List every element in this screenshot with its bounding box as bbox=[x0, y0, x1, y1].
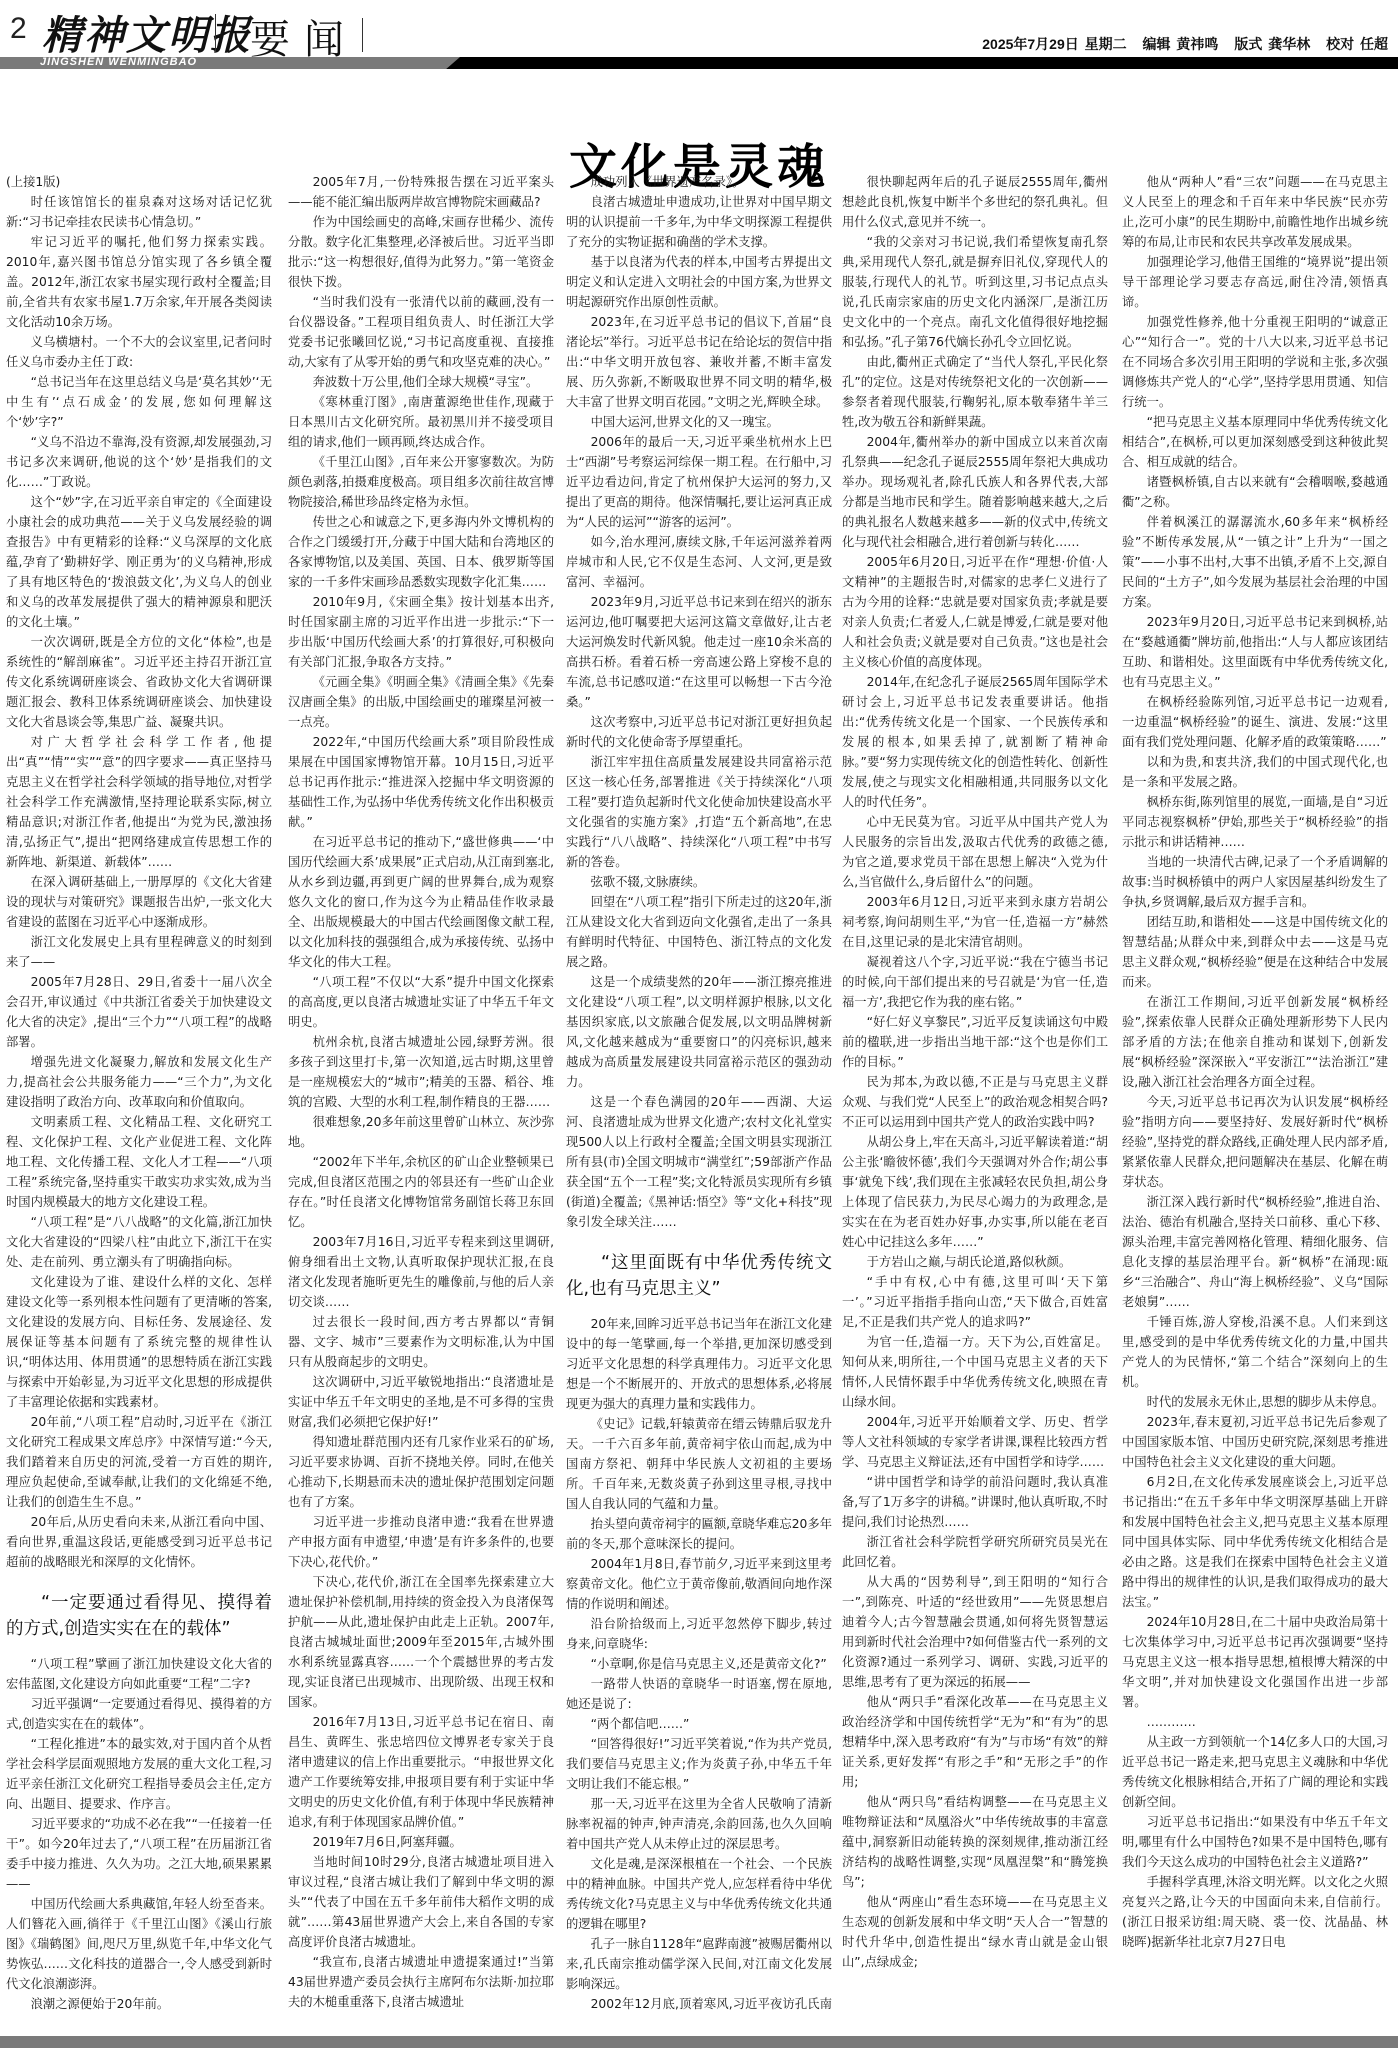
paragraph: “讲中国哲学和诗学的前沿问题时,我认真准备,写了1万多字的讲稿。”讲课时,他认真… bbox=[842, 1472, 1108, 1532]
paragraph: 如今,治水理河,赓续文脉,千年运河滋养着两岸城市和人民,它不仅是生态河、人文河,… bbox=[566, 532, 832, 592]
paragraph: 加强党性修养,他十分重视王阳明的“诚意正心”“知行合一”。党的十八大以来,习近平… bbox=[1122, 312, 1388, 412]
paragraph: 义乌横塘村。一个不大的会议室里,记者问时任义乌市委办主任丁政: bbox=[6, 332, 272, 372]
paragraph: 时代的发展永无休止,思想的脚步从未停息。 bbox=[1122, 1392, 1388, 1412]
paragraph: 奔波数十万公里,他们全球大规模“寻宝”。 bbox=[288, 372, 554, 392]
paragraph: 2004年,习近平开始顺着文学、历史、哲学等人文社科领域的专家学者讲课,课程比较… bbox=[842, 1412, 1108, 1472]
paragraph: 这是一个成绩斐然的20年——浙江擦亮推进文化建设“八项工程”,以文明样源护根脉,… bbox=[566, 972, 832, 1092]
paragraph: 在深入调研基础上,一册厚厚的《文化大省建设的现状与对策研究》课题报告出炉,一张文… bbox=[6, 872, 272, 932]
paragraph: 增强先进文化凝聚力,解放和发展文化生产力,提高社会公共服务能力——“三个力”,为… bbox=[6, 1052, 272, 1112]
paragraph: 20年后,从历史看向未来,从浙江看向中国、看向世界,重温这段话,更能感受到习近平… bbox=[6, 1512, 272, 1572]
paragraph: 2004年1月8日,春节前夕,习近平来到这里考察黄帝文化。他伫立于黄帝像前,敬酒… bbox=[566, 1554, 832, 1614]
paragraph: 手握科学真理,沐浴文明光辉。以文化之火照亮复兴之路,让今天的中国面向未来,自信前… bbox=[1122, 1872, 1388, 1952]
paragraph: 2005年7月28日、29日,省委十一届八次全会召开,审议通过《中共浙江省委关于… bbox=[6, 972, 272, 1052]
paragraph: 于方岩山之巅,与胡氏论道,路似秋颜。 bbox=[842, 1252, 1108, 1272]
issue-meta: 2025年7月29日 星期二 编辑 黄祎鸣 版式 龚华林 校对 任超 bbox=[972, 34, 1388, 54]
paragraph: 在枫桥经验陈列馆,习近平总书记一边观看,一边重温“枫桥经验”的诞生、演进、发展:… bbox=[1122, 692, 1388, 752]
column-1: (上接1版) 时任该馆馆长的崔泉森对这场对话记忆犹新:“习书记牵挂农民读书心情急… bbox=[6, 172, 272, 2012]
paragraph: 他从“两只鸟”看结构调整——在马克思主义唯物辩证法和“凤凰浴火”中华传统故事的丰… bbox=[842, 1792, 1108, 1892]
paragraph: “八项工程”擘画了浙江加快建设文化大省的宏伟蓝图,文化建设方向如此重要“工程”二… bbox=[6, 1654, 272, 1694]
paragraph: 《寒林重汀图》,南唐董源绝世佳作,现藏于日本黑川古文化研究所。最初黑川并不接受项… bbox=[288, 392, 554, 452]
paragraph: “回答得很好!”习近平笑着说,“作为共产党员,我们要信马克思主义;作为炎黄子孙,… bbox=[566, 1734, 832, 1794]
paragraph: 民为邦本,为政以德,不正是与马克思主义群众观、与我们党“人民至上”的政治观念相契… bbox=[842, 1072, 1108, 1132]
paragraph: 心中无民莫为官。习近平从中国共产党人为人民服务的宗旨出发,汲取古代优秀的政德之德… bbox=[842, 812, 1108, 892]
paragraph: ………… bbox=[1122, 1712, 1388, 1732]
paragraph: 2023年9月,习近平总书记来到在绍兴的浙东运河边,他叮嘱要把大运河这篇文章做好… bbox=[566, 592, 832, 712]
paragraph: 习近平总书记指出:“如果没有中华五千年文明,哪里有什么中国特色?如果不是中国特色… bbox=[1122, 1812, 1388, 1872]
paragraph: 沿台阶拾级而上,习近平忽然停下脚步,转过身来,问章晓华: bbox=[566, 1614, 832, 1654]
paragraph: 那一天,习近平在这里为全省人民敬响了清新脉率祝福的钟声,钟声清亮,余韵回荡,也久… bbox=[566, 1794, 832, 1854]
paragraph: 2002年12月底,顶着寒风,习近平夜访孔氏南宗家庙。围着炭炉烤番薯,大家边吃边… bbox=[566, 1994, 832, 2012]
layout-credit: 版式 龚华林 bbox=[1234, 36, 1310, 52]
editor-credit: 编辑 黄祎鸣 bbox=[1143, 36, 1219, 52]
paragraph: 浙江省社会科学院哲学研究所研究员吴光在此回忆着。 bbox=[842, 1532, 1108, 1572]
paragraph: 他从“两只手”看深化改革——在马克思主义政治经济学和中国传统哲学“无为”和“有为… bbox=[842, 1692, 1108, 1792]
paragraph: 2023年,在习近平总书记的倡议下,首届“良渚论坛”举行。习近平总书记在给论坛的… bbox=[566, 312, 832, 412]
paragraph: 这是一个春色满园的20年——西湖、大运河、良渚遗址成为世界文化遗产;农村文化礼堂… bbox=[566, 1092, 832, 1232]
paragraph: 《元画全集》《明画全集》《清画全集》《先秦汉唐画全集》的出版,中国绘画史的璀璨星… bbox=[288, 672, 554, 732]
paragraph: 2003年7月16日,习近平专程来到这里调研,俯身细看出土文物,认真听取保护现状… bbox=[288, 1232, 554, 1312]
paragraph: “把马克思主义基本原理同中华优秀传统文化相结合”,在枫桥,可以更加深刻感受到这种… bbox=[1122, 412, 1388, 472]
paragraph: 凝视着这八个字,习近平说:“我在宁德当书记的时候,向干部们提出来的号召就是‘为官… bbox=[842, 952, 1108, 1012]
paragraph: 2022年,“中国历代绘画大系”项目阶段性成果展在中国国家博物馆开幕。10月15… bbox=[288, 732, 554, 832]
paragraph: 文化是魂,是深深根植在一个社会、一个民族中的精神血脉。中国共产党人,应怎样看待中… bbox=[566, 1854, 832, 1934]
paragraph: 千锤百炼,游人穿梭,沿溪不息。人们来到这里,感受到的是中华优秀传统文化的力量,中… bbox=[1122, 1312, 1388, 1392]
paragraph: “工程化推进”本的最实效,对于国内首个从哲学社会科学层面观照地方发展的重大文化工… bbox=[6, 1734, 272, 1814]
paragraph: 20年前,“八项工程”启动时,习近平在《浙江文化研究工程成果文库总序》中深情写道… bbox=[6, 1412, 272, 1512]
paragraph: 2004年,衢州举办的新中国成立以来首次南孔祭典——纪念孔子诞辰2555周年祭祀… bbox=[842, 432, 1108, 552]
paragraph: 很快聊起两年后的孔子诞辰2555周年,衢州想趁此良机,恢复中断半个多世纪的祭孔典… bbox=[842, 172, 1108, 232]
paragraph: 基于以良渚为代表的样本,中国考古界提出文明定义和认定进入文明社会的中国方案,为世… bbox=[566, 252, 832, 312]
footer-band bbox=[0, 2036, 1398, 2048]
paragraph: 2019年7月6日,阿塞拜疆。 bbox=[288, 1832, 554, 1852]
paragraph: “好仁好义享黎民”,习近平反复读诵这句中殿前的楹联,进一步指出当地干部:“这个也… bbox=[842, 1012, 1108, 1072]
paragraph: 杭州余杭,良渚古城遗址公园,绿野芳洲。很多孩子到这里打卡,第一次知道,远古时期,… bbox=[288, 1032, 554, 1112]
paragraph: 抬头望向黄帝祠宇的匾额,章晓华难忘20多年前的冬天,那个意味深长的提问。 bbox=[566, 1514, 832, 1554]
paragraph: 回望在“八项工程”指引下所走过的这20年,浙江从建设文化大省到迈向文化强省,走出… bbox=[566, 892, 832, 972]
paragraph: 今天,习近平总书记再次为认识发展“枫桥经验”指明方向——要坚持好、发展好新时代“… bbox=[1122, 1092, 1388, 1192]
paragraph: 这次调研中,习近平敏锐地指出:“良渚遗址是实证中华五千年文明史的圣地,是不可多得… bbox=[288, 1372, 554, 1432]
newspaper-pinyin: JINGSHEN WENMINGBAO bbox=[40, 56, 197, 68]
paragraph: 为官一任,造福一方。天下为公,百姓富足。知何从来,明所往,一个中国马克思主义者的… bbox=[842, 1332, 1108, 1412]
paragraph: 一路带人快语的章晓华一时语塞,愣在原地,她还是说了: bbox=[566, 1674, 832, 1714]
paragraph: 这次考察中,习近平总书记对浙江更好担负起新时代的文化使命寄予厚望重托。 bbox=[566, 712, 832, 752]
proofread-credit: 校对 任超 bbox=[1326, 36, 1388, 52]
paragraph: 牢记习近平的嘱托,他们努力探索实践。2010年,嘉兴图书馆总分馆实现了各乡镇全覆… bbox=[6, 232, 272, 332]
paragraph: 伴着枫溪江的潺潺流水,60多年来“枫桥经验”不断传承发展,从“一镇之计”上升为“… bbox=[1122, 512, 1388, 612]
page-number: 2 bbox=[10, 12, 27, 46]
paragraph: 作为中国绘画史的高峰,宋画存世稀少、流传分散。数字化汇集整理,必泽被后世。习近平… bbox=[288, 212, 554, 292]
column-4: 很快聊起两年后的孔子诞辰2555周年,衢州想趁此良机,恢复中断半个多世纪的祭孔典… bbox=[842, 172, 1108, 2012]
paragraph: 当地的一块清代古碑,记录了一个矛盾调解的故事:当时枫桥镇中的两户人家因屋基纠纷发… bbox=[1122, 852, 1388, 912]
article-body: (上接1版) 时任该馆馆长的崔泉森对这场对话记忆犹新:“习书记牵挂农民读书心情急… bbox=[4, 172, 1394, 2012]
column-5: 他从“两种人”看“三农”问题——在马克思主义人民至上的理念和千百年来中华民族“民… bbox=[1122, 172, 1388, 2012]
paragraph: 2010年9月,《宋画全集》按计划基本出齐,时任国家副主席的习近平作出进一步批示… bbox=[288, 592, 554, 672]
paragraph: “义乌不沿边不靠海,没有资源,却发展强劲,习书记多次来调研,他说的这个‘妙’是指… bbox=[6, 432, 272, 492]
paragraph: 这个“妙”字,在习近平亲自审定的《全面建设小康社会的成功典范——关于义乌发展经验… bbox=[6, 492, 272, 632]
paragraph: 6月2日,在文化传承发展座谈会上,习近平总书记指出:“在五千多年中华文明深厚基础… bbox=[1122, 1472, 1388, 1612]
paragraph: 2023年9月20日,习近平总书记来到枫桥,站在“婺越通衢”牌坊前,他指出:“人… bbox=[1122, 612, 1388, 692]
paragraph: 在浙江工作期间,习近平创新发展“枫桥经验”,探索依靠人民群众正确处理新形势下人民… bbox=[1122, 992, 1388, 1092]
paragraph: 由此,衢州正式确定了“当代人祭孔,平民化祭孔”的定位。这是对传统祭祀文化的一次创… bbox=[842, 352, 1108, 432]
paragraph: 中国历代绘画大系典藏馆,年轻人纷至沓来。人们簪花入画,徜徉于《千里江山图》《溪山… bbox=[6, 1894, 272, 1994]
paragraph: 浪潮之源便始于20年前。 bbox=[6, 1994, 272, 2012]
paragraph: “我的父亲对习书记说,我们希望恢复南孔祭典,采用现代人祭孔,就是摒弃旧礼仪,穿现… bbox=[842, 232, 1108, 352]
paragraph: 下决心,花代价,浙江在全国率先探索建立大遗址保护补偿机制,用持续的资金投入为良渚… bbox=[288, 1572, 554, 1712]
paragraph: 文明素质工程、文化精品工程、文化研究工程、文化保护工程、文化产业促进工程、文化阵… bbox=[6, 1112, 272, 1212]
paragraph: 浙江深入践行新时代“枫桥经验”,推进自治、法治、德治有机融合,坚持关口前移、重心… bbox=[1122, 1192, 1388, 1312]
issue-date: 2025年7月29日 星期二 bbox=[982, 36, 1126, 52]
paragraph: 从主政一方到领航一个14亿多人口的大国,习近平总书记一路走来,把马克思主义魂脉和… bbox=[1122, 1732, 1388, 1812]
divider bbox=[362, 18, 363, 52]
paragraph: 2014年,在纪念孔子诞辰2565周年国际学术研讨会上,习近平总书记发表重要讲话… bbox=[842, 672, 1108, 812]
paragraph: 他从“两座山”看生态环境——在马克思主义生态观的创新发展和中华文明“天人合一”智… bbox=[842, 1892, 1108, 1972]
column-2: 2005年7月,一份特殊报告摆在习近平案头——能不能汇编出版两岸故宫博物院宋画藏… bbox=[288, 172, 554, 2012]
paragraph: “手中有权,心中有德,这里可叫‘天下第一’。”习近平指指手指向山峦,“天下做合,… bbox=[842, 1272, 1108, 1332]
paragraph: 文化建设为了谁、建设什么样的文化、怎样建设文化等一系列根本性问题有了更清晰的答案… bbox=[6, 1272, 272, 1412]
paragraph: 弦歌不辍,文脉赓续。 bbox=[566, 872, 832, 892]
paragraph: 《千里江山图》,百年来公开寥寥数次。为防颜色剥落,拍摄难度极高。项目组多次前往故… bbox=[288, 452, 554, 512]
subheading: “这里面既有中华优秀传统文化,也有马克思主义” bbox=[566, 1250, 832, 1302]
paragraph: 习近平强调“一定要通过看得见、摸得着的方式,创造实实在在的载体”。 bbox=[6, 1694, 272, 1734]
paragraph: 2024年10月28日,在二十届中央政治局第十七次集体学习中,习近平总书记再次强… bbox=[1122, 1612, 1388, 1712]
paragraph: 很难想象,20多年前这里曾矿山林立、灰沙弥地。 bbox=[288, 1112, 554, 1152]
paragraph: 20年来,回眸习近平总书记当年在浙江文化建设中的每一笔擘画,每一个举措,更加深切… bbox=[566, 1314, 832, 1414]
paragraph: “八项工程”是“八八战略”的文化篇,浙江加快文化大省建设的“四梁八柱”由此立下,… bbox=[6, 1212, 272, 1272]
paragraph: 枫桥东街,陈列馆里的展览,一面墙,是自“习近平同志视察枫桥”伊始,那些关于“枫桥… bbox=[1122, 792, 1388, 852]
paragraph: 2005年7月,一份特殊报告摆在习近平案头——能不能汇编出版两岸故宫博物院宋画藏… bbox=[288, 172, 554, 212]
paragraph: 浙江文化发展史上具有里程碑意义的时刻到来了—— bbox=[6, 932, 272, 972]
paragraph: 孔子一脉自1128年“扈跸南渡”被赐居衢州以来,孔氏南宗推动儒学深入民间,对江南… bbox=[566, 1934, 832, 1994]
paragraph: 他从“两种人”看“三农”问题——在马克思主义人民至上的理念和千百年来中华民族“民… bbox=[1122, 172, 1388, 252]
subheading: “一定要通过看得见、摸得着的方式,创造实实在在的载体” bbox=[6, 1590, 272, 1642]
paragraph: 以和为贵,和衷共济,我们的中国式现代化,也是一条和平发展之路。 bbox=[1122, 752, 1388, 792]
paragraph: 成功列入《世界遗产名录》。 bbox=[566, 172, 832, 192]
paragraph: “小章啊,你是信马克思主义,还是黄帝文化?” bbox=[566, 1654, 832, 1674]
paragraph: 浙江牢牢扭住高质量发展建设共同富裕示范区这一核心任务,部署推进《关于持续深化“八… bbox=[566, 752, 832, 872]
paragraph: 2003年6月12日,习近平来到永康方岩胡公祠考察,询问胡则生平,“为官一任,造… bbox=[842, 892, 1108, 952]
paragraph: 2006年的最后一天,习近平乘坐杭州水上巴士“西湖”号考察运河综保一期工程。在行… bbox=[566, 432, 832, 532]
paragraph: 得知遗址群范围内还有几家作业采石的矿场,习近平要求协调、百折不挠地关停。同时,在… bbox=[288, 1432, 554, 1512]
continuation-note: (上接1版) bbox=[6, 172, 272, 192]
paragraph: 诸暨枫桥镇,自古以来就有“会稽咽喉,婺越通衢”之称。 bbox=[1122, 472, 1388, 512]
paragraph: 传世之心和诚意之下,更多海内外文博机构的合作之门缓缓打开,分藏于中国大陆和台湾地… bbox=[288, 512, 554, 592]
paragraph: “当时我们没有一张清代以前的藏画,没有一台仪器设备。”工程项目组负责人、时任浙江… bbox=[288, 292, 554, 372]
paragraph: 中国大运河,世界文化的又一瑰宝。 bbox=[566, 412, 832, 432]
paragraph: 2023年,春末夏初,习近平总书记先后参观了中国国家版本馆、中国历史研究院,深刻… bbox=[1122, 1412, 1388, 1472]
paragraph: 当地时间10时29分,良渚古城遗址项目进入审议过程,“良渚古城让我们了解到中华文… bbox=[288, 1852, 554, 1952]
paragraph: “两个都信吧……” bbox=[566, 1714, 832, 1734]
paragraph: 习近平要求的“功成不必在我”“一任接着一任干”。如今20年过去了,“八项工程”在… bbox=[6, 1814, 272, 1894]
paragraph: 从大禹的“因势利导”,到王阳明的“知行合一”,到陈亮、叶适的“经世致用”——先贤… bbox=[842, 1572, 1108, 1692]
paragraph: 2016年7月13日,习近平总书记在宿日、南昌生、黄晖生、张忠培四位文博界老专家… bbox=[288, 1712, 554, 1832]
newspaper-logo: 精神文明报 bbox=[42, 4, 252, 61]
paragraph: 从胡公身上,牢在天高斗,习近平解读着道:“胡公主张‘瞻彼怀德’,我们今天强调对外… bbox=[842, 1132, 1108, 1252]
paragraph: “总书记当年在这里总结义乌是‘莫名其妙’‘无中生有’‘点石成金’的发展,您如何理… bbox=[6, 372, 272, 432]
paragraph: 加强理论学习,他借王国维的“境界说”提出领导干部理论学习要志存高远,耐住冷清,领… bbox=[1122, 252, 1388, 312]
paragraph: 2005年6月20日,习近平在作“理想·价值·人文精神”的主题报告时,对儒家的忠… bbox=[842, 552, 1108, 672]
paragraph: 良渚古城遗址申遗成功,让世界对中国早期文明的认识提前一千多年,为中华文明探源工程… bbox=[566, 192, 832, 252]
paragraph: 时任该馆馆长的崔泉森对这场对话记忆犹新:“习书记牵挂农民读书心情急切。” bbox=[6, 192, 272, 232]
paragraph: “八项工程”不仅以“大系”提升中国文化探索的高高度,更以良渚古城遗址实证了中华五… bbox=[288, 972, 554, 1032]
masthead: 2 精神文明报 要闻 2025年7月29日 星期二 编辑 黄祎鸣 版式 龚华林 … bbox=[0, 0, 1398, 70]
paragraph: 过去很长一段时间,西方考古界都以“青铜器、文字、城市”三要素作为文明标准,认为中… bbox=[288, 1312, 554, 1372]
paragraph: “我宣布,良渚古城遗址申遗提案通过!”当第43届世界遗产委员会执行主席阿布尔法斯… bbox=[288, 1952, 554, 2012]
paragraph: 在习近平总书记的推动下,“盛世修典——‘中国历代绘画大系’成果展”正式启动,从江… bbox=[288, 832, 554, 972]
column-3: 成功列入《世界遗产名录》。良渚古城遗址申遗成功,让世界对中国早期文明的认识提前一… bbox=[566, 172, 832, 2012]
paragraph: 团结互助,和谐相处——这是中国传统文化的智慧结晶;从群众中来,到群众中去——这是… bbox=[1122, 912, 1388, 992]
paragraph: 习近平进一步推动良渚申遗:“我看在世界遗产申报方面有申遗望,‘申遗’是有许多条件… bbox=[288, 1512, 554, 1572]
paragraph: 对广大哲学社会科学工作者,他提出“真”“情”“实”“意”的四字要求——真正坚持马… bbox=[6, 732, 272, 872]
paragraph: “2002年下半年,余杭区的矿山企业整顿果已完成,但良渚区范围之内的邻县还有一些… bbox=[288, 1152, 554, 1232]
paragraph: 一次次调研,既是全方位的文化“体检”,也是系统性的“解剖麻雀”。习近平还主持召开… bbox=[6, 632, 272, 732]
divider bbox=[215, 14, 216, 52]
paragraph: 《史记》记载,轩辕黄帝在缙云铸鼎后驭龙升天。一千六百多年前,黄帝祠宇依山而起,成… bbox=[566, 1414, 832, 1514]
